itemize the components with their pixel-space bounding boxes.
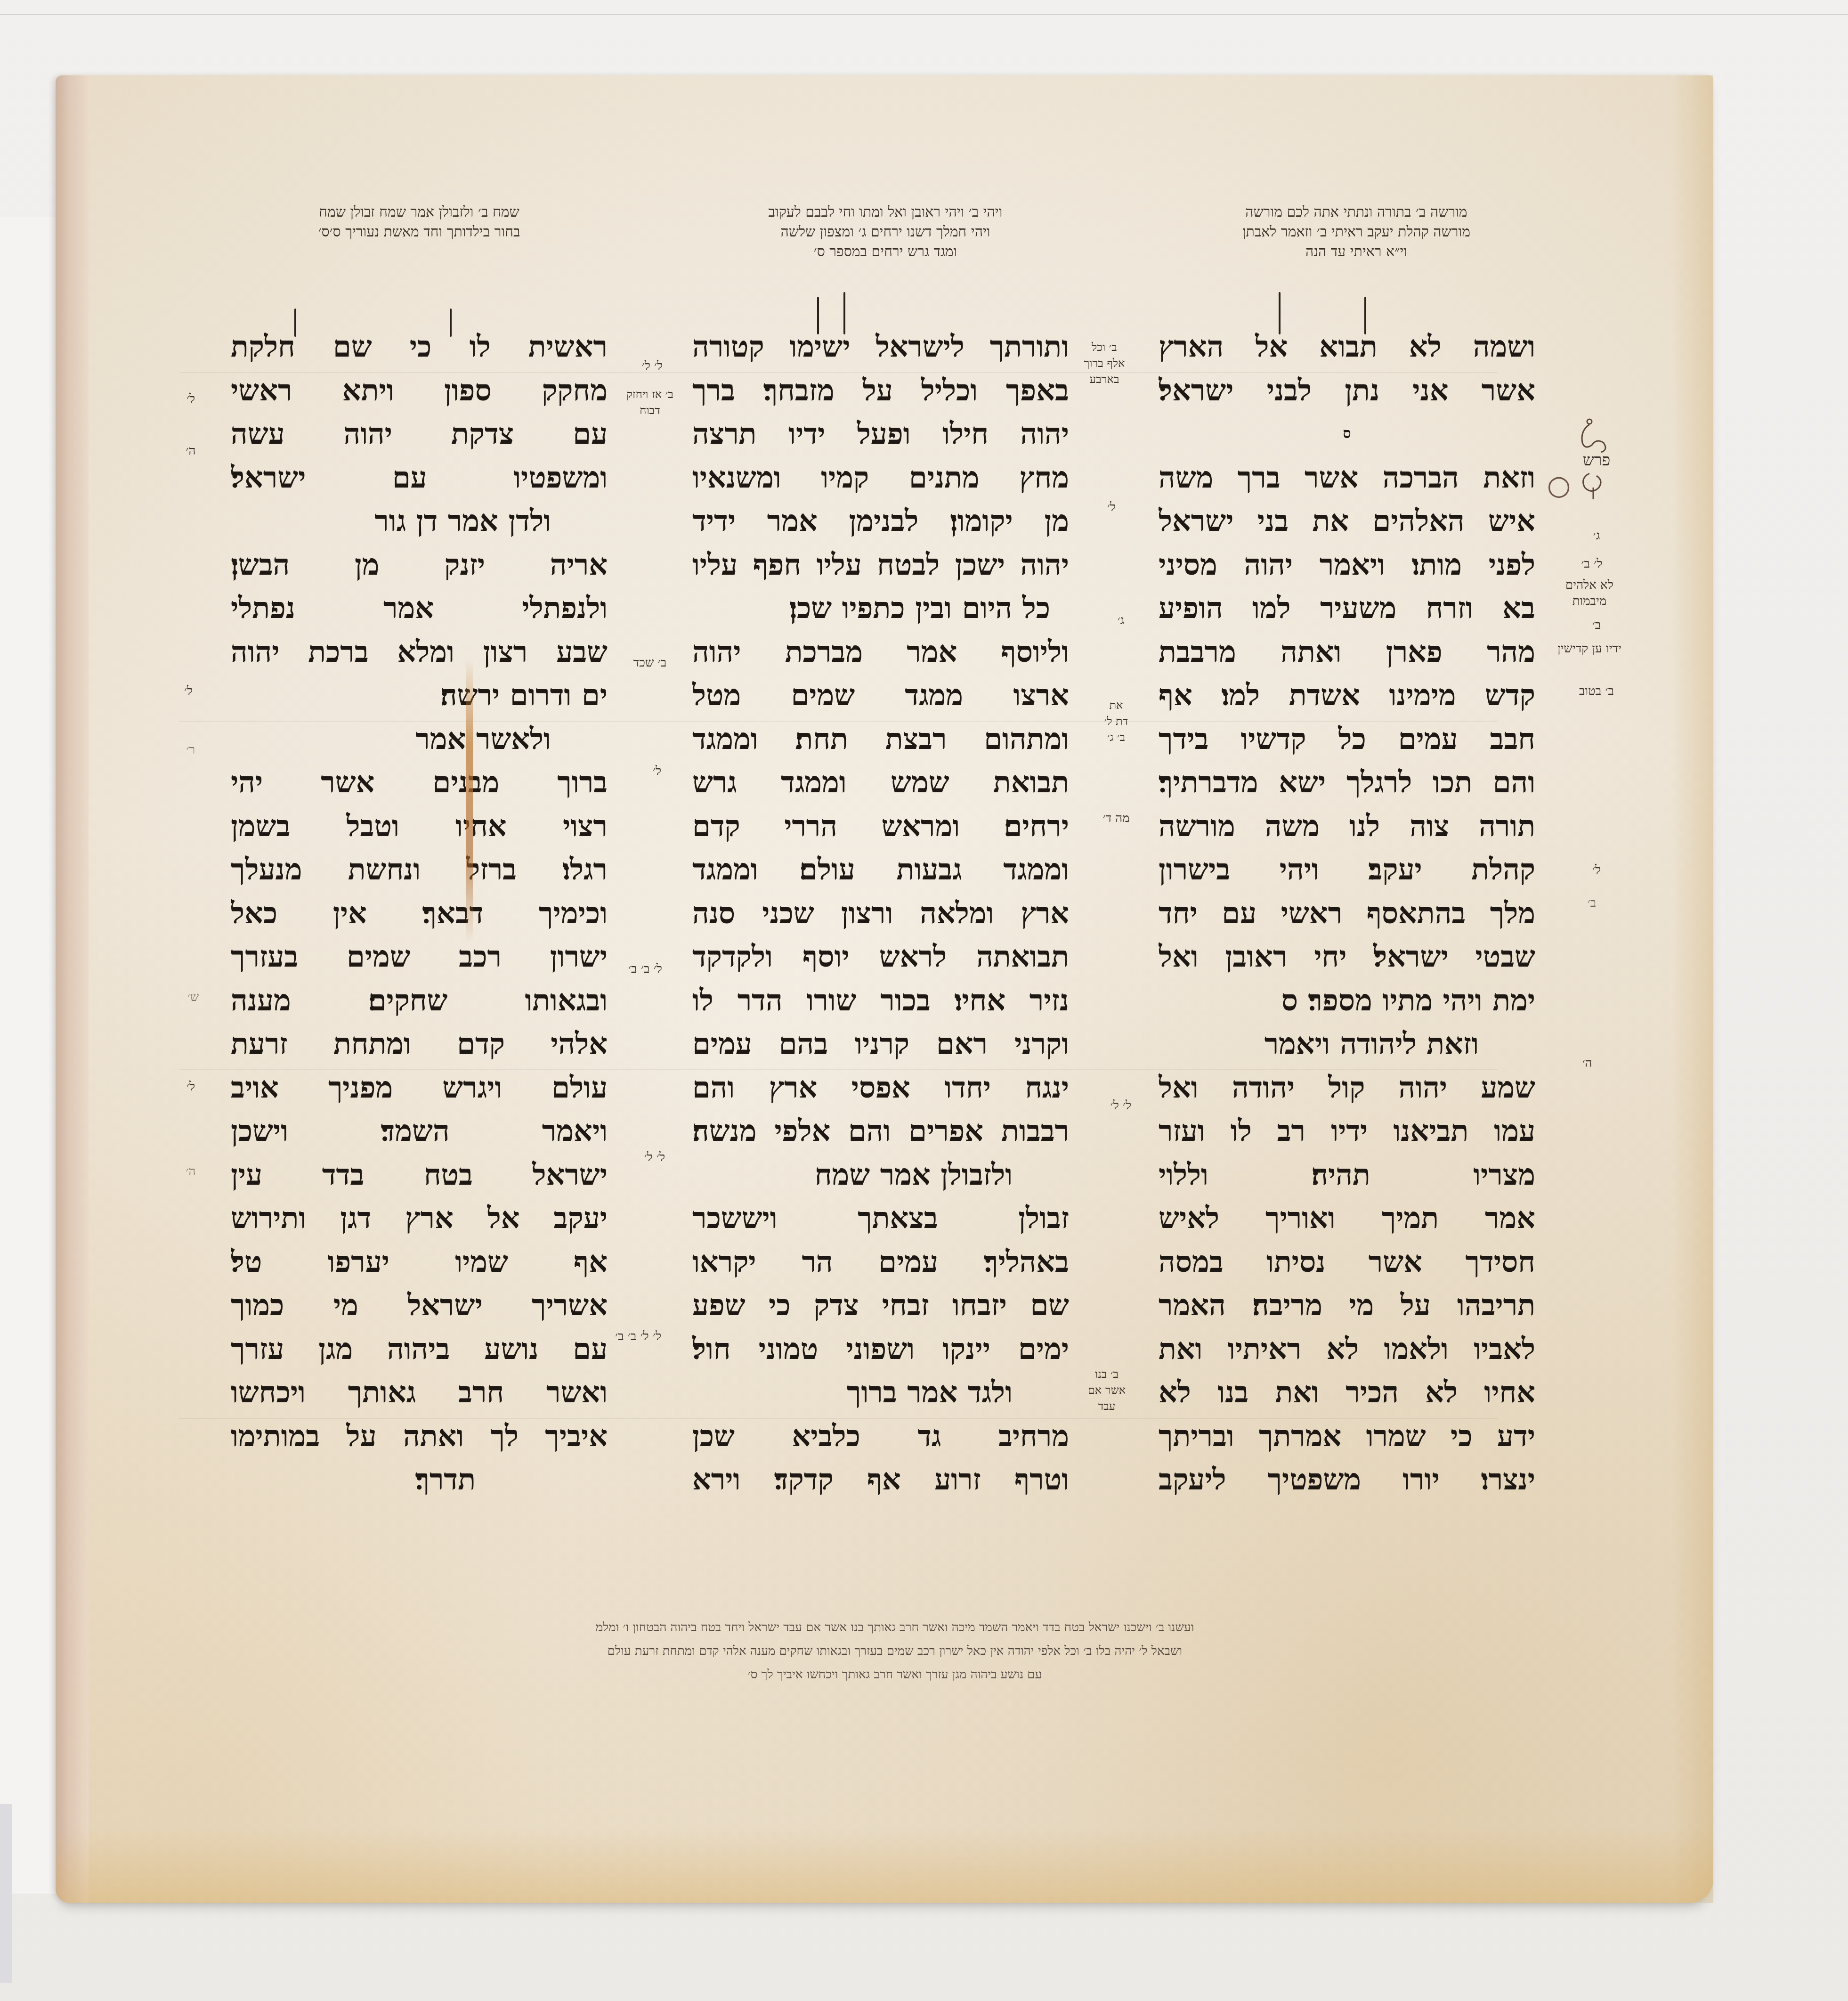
marginal-note: ב׳ bbox=[1568, 895, 1615, 966]
marginal-note: ל׳ ב׳ bbox=[1568, 556, 1615, 572]
text-line: באפך וכליל על מזבחך׃ ברך bbox=[692, 369, 1069, 413]
marginal-note: לא אלהים מיבמות bbox=[1554, 577, 1625, 609]
marginal-note: מה ד׳ bbox=[1097, 810, 1135, 826]
text-line: ינגח יחדו אפסי ארץ והם bbox=[692, 1066, 1069, 1110]
text-line: ימים יינקו ושפוני טמוני חול׃ bbox=[692, 1327, 1069, 1371]
text-line: ולזבולן אמר שמח bbox=[692, 1153, 1069, 1197]
marginal-note: ג׳ bbox=[1111, 612, 1130, 628]
text-line: אשר אני נתן לבני ישראל׃ bbox=[1159, 369, 1535, 413]
marginal-note: ב׳ bbox=[1578, 617, 1615, 633]
marginal-note: את דת ל׳ ב׳ ג׳ bbox=[1102, 697, 1130, 745]
marginal-note: ל׳ bbox=[645, 763, 669, 779]
text-line: שבטי ישראל׃ יחי ראובן ואל bbox=[1159, 935, 1535, 979]
masorah-line: ויהי חמלך דשנו ירחים ג׳ ומצפון שלשה bbox=[725, 222, 1046, 242]
mount-strip-shadow bbox=[0, 1804, 12, 1983]
masorah-line: בחור בילדותך וחד מאשת נעוריך ס׳ס׳ bbox=[254, 222, 584, 242]
masorah-line: ומגד גרש ירחים במספר ס׳ bbox=[725, 242, 1046, 262]
text-line: מחץ מתנים קמיו ומשנאיו bbox=[692, 456, 1069, 500]
text-line: וכימיך דבאך׃ אין כאל bbox=[231, 892, 608, 935]
text-line: אמר תמיך ואוריך לאיש bbox=[1159, 1196, 1535, 1240]
text-line: זבולן בצאתך ויששכר bbox=[692, 1196, 1069, 1240]
masorah-bottom: ועשנו ב׳ וישכנו ישראל בטח בדד ויאמר השמד… bbox=[235, 1616, 1554, 1686]
text-line: עמו תביאנו ידיו רב לו ועזר bbox=[1159, 1109, 1535, 1153]
masorah-top-left: שמח ב׳ ולזבולן אמר שמח זבולן שמח בחור בי… bbox=[254, 203, 584, 242]
text-line: מרחיב גד כלביא שכן bbox=[692, 1415, 1069, 1458]
masorah-line: וי״א ראיתי עד הנה bbox=[1196, 242, 1516, 262]
text-line: שמע יהוה קול יהודה ואל bbox=[1159, 1066, 1535, 1110]
text-line: מלך בהתאסף ראשי עם יחד bbox=[1159, 892, 1535, 935]
text-line: קהלת יעקב׃ ויהי בישרון bbox=[1159, 848, 1535, 892]
text-line: ארצו ממגד שמים מטל bbox=[692, 674, 1069, 717]
text-line: וממגד גבעות עולם׃ וממגד bbox=[692, 848, 1069, 892]
text-line: וזאת הברכה אשר ברך משה bbox=[1159, 456, 1535, 500]
masorah-line: ושבאל ל׳ יהיה בלו ב׳ וכל אלפי יהודה אין … bbox=[235, 1639, 1554, 1663]
text-line: ימת ויהי מתיו מספר׃ ס bbox=[1159, 979, 1535, 1023]
leaf-bottom-discoloration bbox=[56, 1828, 1713, 1903]
text-line: מהר פארן ואתה מרבבת bbox=[1159, 630, 1535, 674]
text-line: מן יקומון׃ לבנימן אמר ידיד bbox=[692, 499, 1069, 543]
marginal-note: ל׳ bbox=[181, 1079, 200, 1095]
text-line: שם יזבחו זבחי צדק כי שפע bbox=[692, 1284, 1069, 1327]
marginal-note: ב׳ בנו אשר אם עבד bbox=[1083, 1366, 1130, 1414]
text-line: והם תכו לרגלך ישא מדברתיך׃ bbox=[1159, 761, 1535, 805]
text-line: ואשר חרב גאותך ויכחשו bbox=[231, 1371, 608, 1415]
text-line: ארץ ומלאה ורצון שכני סנה bbox=[692, 892, 1069, 935]
text-line: ולדן אמר דן גור bbox=[231, 499, 608, 543]
marginal-note: ל׳ ב׳ ב׳ bbox=[622, 961, 669, 977]
setumah-circle-icon: ○ bbox=[1545, 471, 1573, 499]
masorah-line: שמח ב׳ ולזבולן אמר שמח זבולן שמח bbox=[254, 203, 584, 222]
marginal-note: ל׳ ל׳ bbox=[640, 358, 664, 374]
masorah-line: ויהי ב׳ ויהי ראובן ואל ומתו וחי לבבם לעק… bbox=[725, 203, 1046, 222]
text-line: אחיו לא הכיר ואת בנו לא bbox=[1159, 1371, 1535, 1415]
text-line: אף שמיו יערפו טל׃ bbox=[231, 1240, 608, 1284]
marginal-note: ב׳ שכד bbox=[626, 655, 673, 671]
text-line: ים ודרום ירשה׃ bbox=[231, 674, 608, 717]
text-column-middle: ותורתך לישראל ישימו קטורה באפך וכליל על … bbox=[692, 325, 1069, 1502]
text-line: תריבהו על מי מריבה׃ האמר bbox=[1159, 1284, 1535, 1327]
marginal-note: ב׳ בטוב bbox=[1573, 683, 1620, 699]
masorah-top-middle: ויהי ב׳ ויהי ראובן ואל ומתו וחי לבבם לעק… bbox=[725, 203, 1046, 262]
text-line: לאביו ולאמו לא ראיתיו ואת bbox=[1159, 1327, 1535, 1371]
setumah-mark: ס bbox=[1159, 412, 1535, 456]
text-line: אריה יזנק מן הבשן׃ bbox=[231, 543, 608, 587]
masorah-line: מורשה קהלת יעקב ראיתי ב׳ וזאמר לאבתן bbox=[1196, 222, 1516, 242]
text-line: באהליך׃ עמים הר יקראו bbox=[692, 1240, 1069, 1284]
marginal-note: ל׳ ל׳ bbox=[1107, 1098, 1135, 1114]
text-line: ישרון רכב שמים בעזרך bbox=[231, 935, 608, 979]
text-line: חסידך אשר נסיתו במסה bbox=[1159, 1240, 1535, 1284]
text-line: קדש מימינו אשדת למו׃ אף bbox=[1159, 674, 1535, 717]
text-line: וליוסף אמר מברכת יהוה bbox=[692, 630, 1069, 674]
text-line: עם נושע ביהוה מגן עזרך bbox=[231, 1327, 608, 1371]
text-line: תדרך׃ bbox=[231, 1458, 608, 1502]
marginal-note: ל׳ ל׳ bbox=[640, 1149, 669, 1165]
text-column-left: ראשית לו כי שם חלקת מחקק ספון ויתא ראשי … bbox=[231, 325, 608, 1502]
parashah-label: פרש bbox=[1573, 452, 1620, 468]
marginal-note: ה׳ bbox=[181, 443, 200, 459]
marginal-note: ר׳ bbox=[181, 742, 200, 758]
binding-gutter bbox=[56, 75, 89, 1903]
text-line: רצוי אחיו וטבל בשמן bbox=[231, 805, 608, 848]
text-line: מצריו תהיה׃ וללוי bbox=[1159, 1153, 1535, 1197]
text-line: נזיר אחיו׃ בכור שורו הדר לו bbox=[692, 979, 1069, 1023]
mount-board-edge bbox=[0, 14, 1848, 15]
text-line: ולנפתלי אמר נפתלי bbox=[231, 586, 608, 630]
marginal-note: ב׳ אז ויחזק דבוח bbox=[626, 386, 673, 418]
text-line: ולאשר אמר bbox=[231, 717, 608, 761]
text-line: ישראל בטח בדד עין bbox=[231, 1153, 608, 1197]
text-line: איביך לך ואתה על במותימו bbox=[231, 1415, 608, 1458]
text-line: מחקק ספון ויתא ראשי bbox=[231, 369, 608, 413]
text-line: יהוה חילו ופעל ידיו תרצה bbox=[692, 412, 1069, 456]
text-line: ינצרו׃ יורו משפטיך ליעקב bbox=[1159, 1458, 1535, 1502]
text-line: ידע כי שמרו אמרתך ובריתך bbox=[1159, 1415, 1535, 1458]
text-column-right: ושמה לא תבוא אל הארץ אשר אני נתן לבני יש… bbox=[1159, 325, 1535, 1502]
masorah-top-right: מורשה ב׳ בתורה ונתתי אתה לכם מורשה מורשה… bbox=[1196, 203, 1516, 262]
text-line: ובגאותו שחקים׃ מענה bbox=[231, 979, 608, 1023]
text-line: איש האלהים את בני ישראל bbox=[1159, 499, 1535, 543]
text-line: עולם ויגרש מפניך אויב bbox=[231, 1066, 608, 1110]
text-line: כל היום ובין כתפיו שכן׃ bbox=[692, 586, 1069, 630]
text-line: תבואתה לראש יוסף ולקדקד bbox=[692, 935, 1069, 979]
marginal-note: ש׳ bbox=[184, 989, 203, 1005]
marginal-note: ל׳ bbox=[181, 391, 200, 407]
text-line: תבואת שמש וממגד גרש bbox=[692, 761, 1069, 805]
text-line: ושמה לא תבוא אל הארץ bbox=[1159, 325, 1535, 369]
text-line: יעקב אל ארץ דגן ותירוש bbox=[231, 1196, 608, 1240]
marginal-note: ג׳ bbox=[1578, 528, 1615, 544]
text-line: ירחים׃ ומראש הררי קדם bbox=[692, 805, 1069, 848]
masorah-line: ועשנו ב׳ וישכנו ישראל בטח בדד ויאמר השמד… bbox=[235, 1616, 1554, 1639]
text-line: בא וזרח משעיר למו הופיע bbox=[1159, 586, 1535, 630]
text-line: אלהי קדם ומתחת זרעת bbox=[231, 1022, 608, 1066]
leaf-edge-discoloration bbox=[1671, 75, 1713, 1903]
text-line: וקרני ראם קרניו בהם עמים bbox=[692, 1022, 1069, 1066]
text-line: תורה צוה לנו משה מורשה bbox=[1159, 805, 1535, 848]
text-line: וזאת ליהודה ויאמר bbox=[1159, 1022, 1535, 1066]
text-line: אשריך ישראל מי כמוך bbox=[231, 1284, 608, 1327]
text-line: ותורתך לישראל ישימו קטורה bbox=[692, 325, 1069, 369]
marginal-note: ל׳ ל׳ ב׳ ב׳ bbox=[612, 1328, 664, 1344]
text-line: ומתהום רבצת תחת׃ וממגד bbox=[692, 717, 1069, 761]
marginal-note: ב׳ וכל אלף ברוך בארבע bbox=[1083, 339, 1126, 387]
marginal-note: ה׳ bbox=[1568, 1055, 1606, 1071]
text-line: שבע רצון ומלא ברכת יהוה bbox=[231, 630, 608, 674]
masorah-line: מורשה ב׳ בתורה ונתתי אתה לכם מורשה bbox=[1196, 203, 1516, 222]
text-line: ומשפטיו עם ישראל׃ bbox=[231, 456, 608, 500]
text-line: רגלו׃ ברזל ונחשת מנעלך bbox=[231, 848, 608, 892]
text-line: עם צדקת יהוה עשה bbox=[231, 412, 608, 456]
text-line: יהוה ישכן לבטח עליו חפף עליו bbox=[692, 543, 1069, 587]
text-line: ברוך מבנים אשר יהי bbox=[231, 761, 608, 805]
marginal-note: ל׳ bbox=[1578, 862, 1615, 878]
ink-stain bbox=[466, 659, 473, 942]
marginal-note: ה׳ bbox=[181, 1163, 200, 1179]
marginal-note: ל׳ bbox=[179, 683, 198, 699]
mount-strip bbox=[0, 217, 62, 1894]
text-line: ולגד אמר ברוך bbox=[692, 1371, 1069, 1415]
text-line: חבב עמים כל קדשיו בידך bbox=[1159, 717, 1535, 761]
text-line: ראשית לו כי שם חלקת bbox=[231, 325, 608, 369]
masorah-line: עם נושע ביהוה מגן עזרך ואשר חרב גאותך וי… bbox=[235, 1663, 1554, 1686]
text-line: ויאמר השמד׃ וישכן bbox=[231, 1109, 608, 1153]
marginal-note: ידיו ען קדישין bbox=[1554, 641, 1625, 657]
text-line: לפני מותו׃ ויאמר יהוה מסיני bbox=[1159, 543, 1535, 587]
text-line: וטרף זרוע אף קדקד׃ וירא bbox=[692, 1458, 1069, 1502]
text-line: רבבות אפרים והם אלפי מנשה׃ bbox=[692, 1109, 1069, 1153]
marginal-note: ל׳ bbox=[1102, 499, 1121, 515]
